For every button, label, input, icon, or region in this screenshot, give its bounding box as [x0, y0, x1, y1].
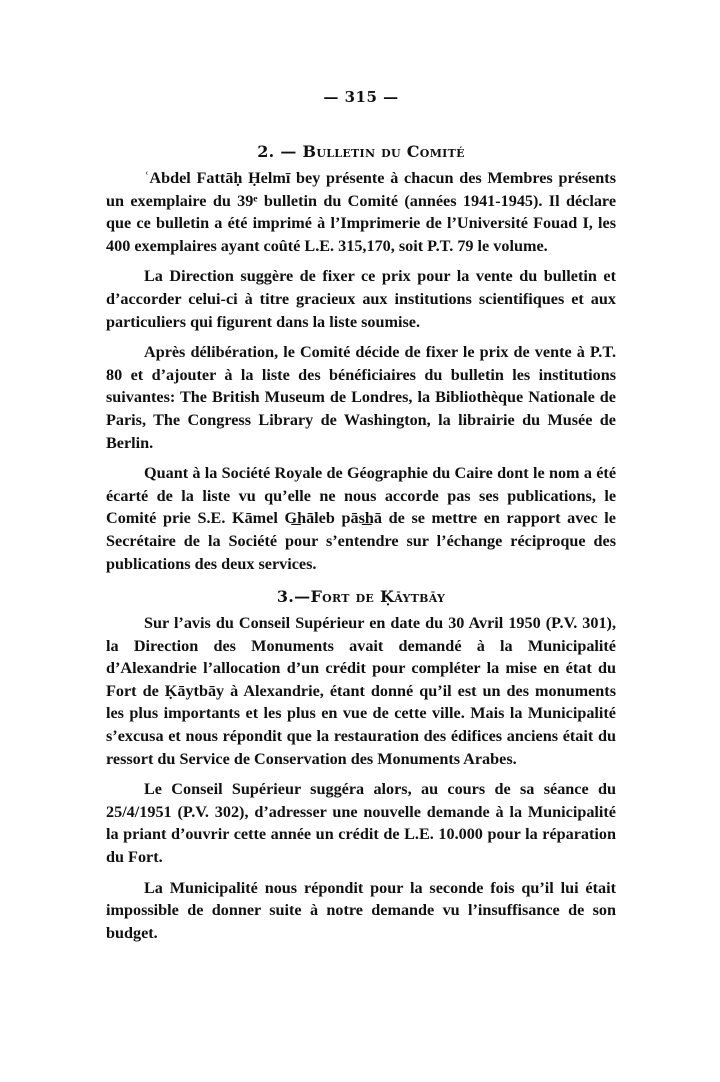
paragraph: Le Conseil Supérieur suggéra alors, au c…	[106, 778, 616, 868]
paragraph: ʿAbdel Fattāḥ Ḥelmī bey présente à chacu…	[106, 167, 616, 257]
paragraph: Sur l’avis du Conseil Supérieur en date …	[106, 612, 616, 770]
paragraph: La Municipalité nous répondit pour la se…	[106, 877, 616, 945]
paragraph: La Direction suggère de fixer ce prix po…	[106, 265, 616, 333]
section-heading: 2. — Bulletin du Comité	[106, 142, 616, 161]
document-page: — 315 — 2. — Bulletin du Comité ʿAbdel F…	[106, 88, 616, 952]
paragraph: Après délibération, le Comité décide de …	[106, 341, 616, 454]
section-bulletin-du-comite: 2. — Bulletin du Comité ʿAbdel Fattāḥ Ḥe…	[106, 142, 616, 575]
section-fort-de-kaytbay: 3.—Fort de Ḳāytbāy Sur l’avis du Conseil…	[106, 587, 616, 944]
page-number: — 315 —	[106, 88, 616, 106]
section-heading: 3.—Fort de Ḳāytbāy	[106, 587, 616, 606]
paragraph: Quant à la Société Royale de Géographie …	[106, 462, 616, 575]
